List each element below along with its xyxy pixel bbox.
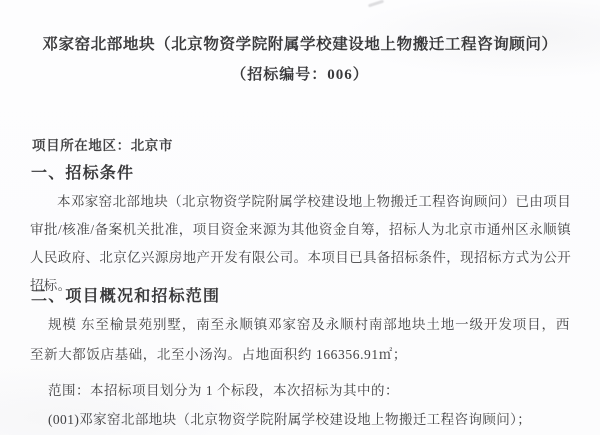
- project-location-line: 项目所在地区：北京市: [32, 134, 173, 154]
- project-scale-paragraph: 规模 东至榆景苑别墅，南至永顺镇邓家窑及永顺村南部地块土地一级开发项目，西至新大…: [30, 310, 570, 370]
- tender-scope-line: 范围：本招标项目划分为 1 个标段，本次招标为其中的：: [48, 379, 399, 399]
- document-title: 邓家窑北部地块（北京物资学院附属学校建设地上物搬迁工程咨询顾问）: [0, 32, 600, 54]
- section-2-heading-project-overview: 二、项目概况和招标范围: [31, 283, 220, 306]
- lot-001-line: (001)邓家窑北部地块（北京物资学院附属学校建设地上物搬迁工程咨询顾问）；: [48, 408, 531, 428]
- section-1-heading-tender-conditions: 一、招标条件: [31, 160, 134, 183]
- tender-number: （招标编号：006）: [0, 63, 600, 84]
- scanned-tender-document-page: 邓家窑北部地块（北京物资学院附属学校建设地上物搬迁工程咨询顾问） （招标编号：0…: [0, 0, 600, 435]
- scan-smudge-artifact: [368, 0, 384, 7]
